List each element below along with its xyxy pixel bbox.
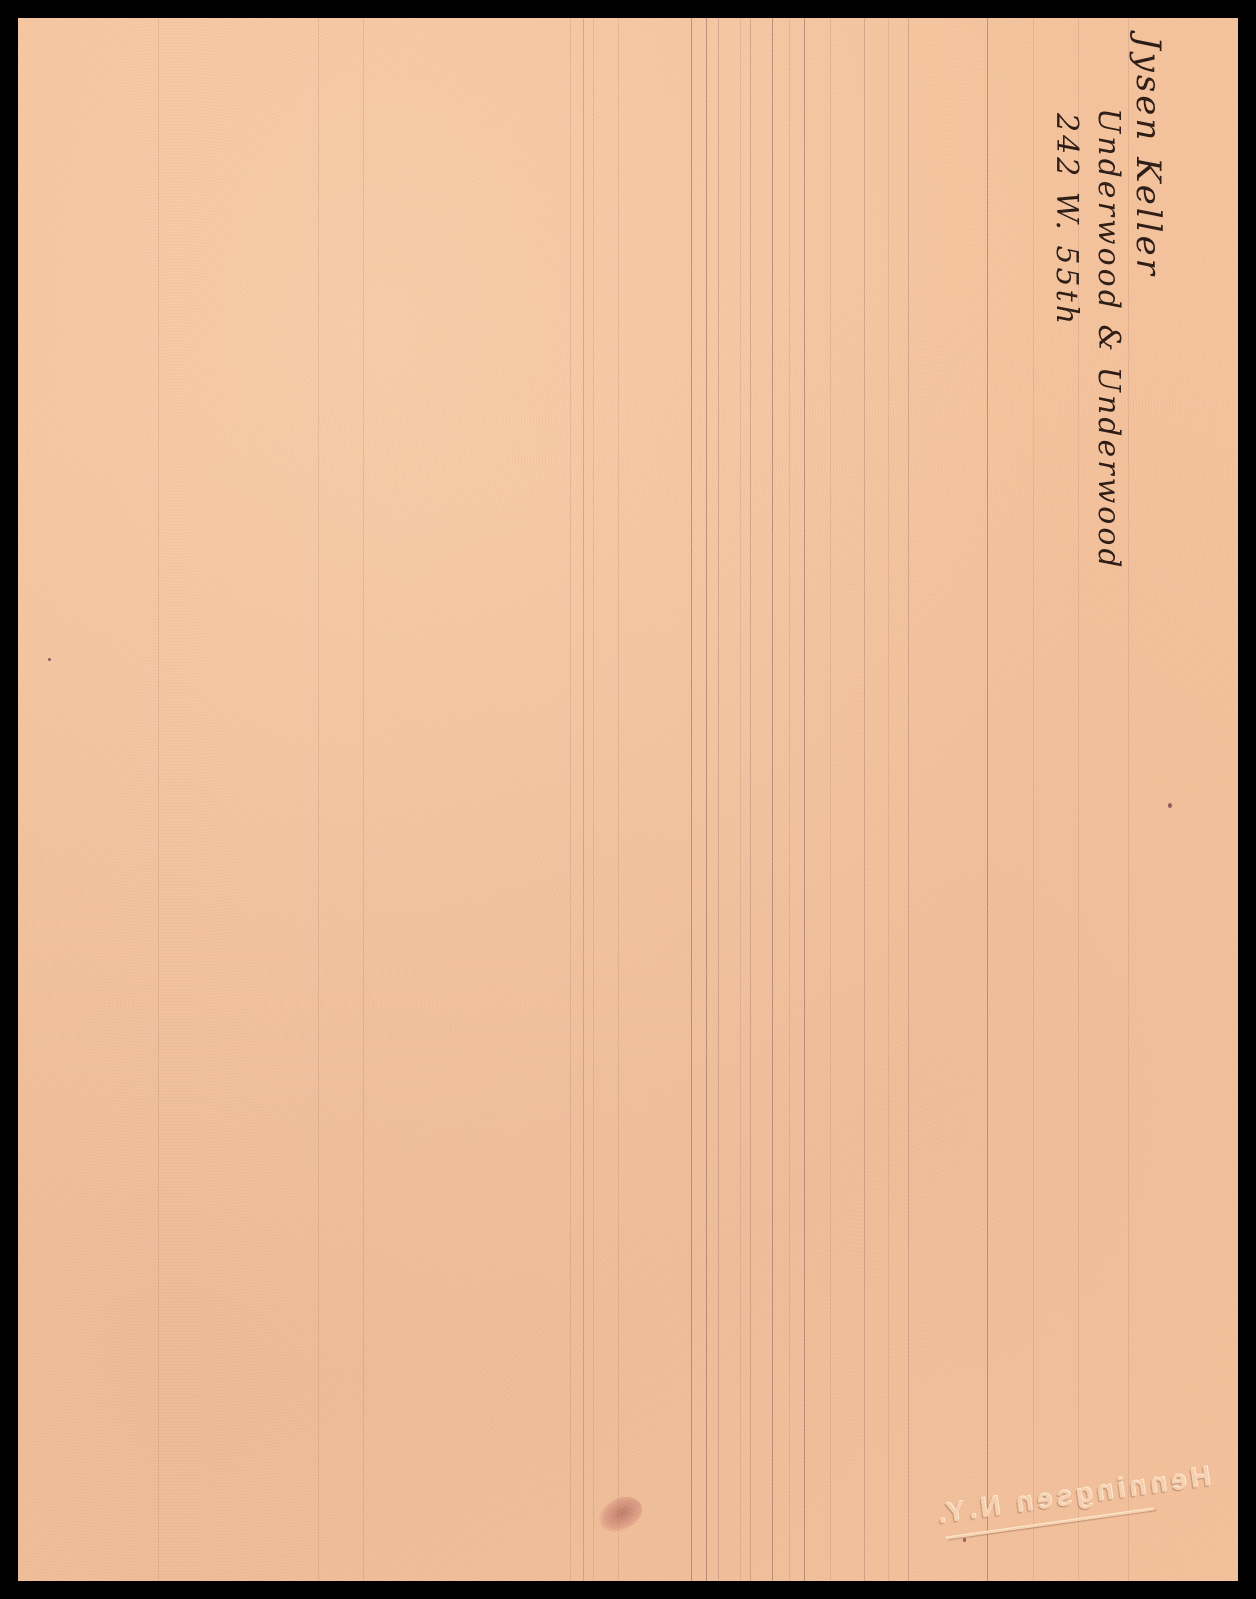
handwritten-inscription: Jysen Keller Underwood & Underwood 242 W… [1028,28,1208,748]
ruling-line [158,18,159,1581]
ruling-line [318,18,319,1581]
ruling-line [830,18,831,1581]
ruling-line [804,18,805,1581]
ruling-line [750,18,751,1581]
ruling-line [888,18,889,1581]
ruling-line [987,18,988,1581]
ink-speck [48,658,51,661]
scan-frame: Jysen Keller Underwood & Underwood 242 W… [0,0,1256,1599]
paper-sheet: Jysen Keller Underwood & Underwood 242 W… [18,18,1238,1581]
ruling-line [706,18,707,1581]
ruling-line [593,18,594,1581]
embossed-photographer-stamp: Henningsen N.Y. [909,1443,1217,1564]
ruling-line [864,18,865,1581]
ruling-line [570,18,571,1581]
handwritten-company: Underwood & Underwood [1091,108,1126,571]
ruling-line [363,18,364,1581]
ruling-line [618,18,619,1581]
ruling-line [691,18,692,1581]
ink-speck [963,1538,966,1542]
paper-stain [593,1489,648,1539]
ruling-line [789,18,790,1581]
ruling-line [718,18,719,1581]
handwritten-address: 242 W. 55th [1049,113,1084,327]
ruling-line [772,18,773,1581]
ruling-line [740,18,741,1581]
ruling-line [908,18,909,1581]
ink-speck [1168,803,1172,808]
ruling-line [583,18,584,1581]
handwritten-name: Jysen Keller [1128,36,1168,278]
